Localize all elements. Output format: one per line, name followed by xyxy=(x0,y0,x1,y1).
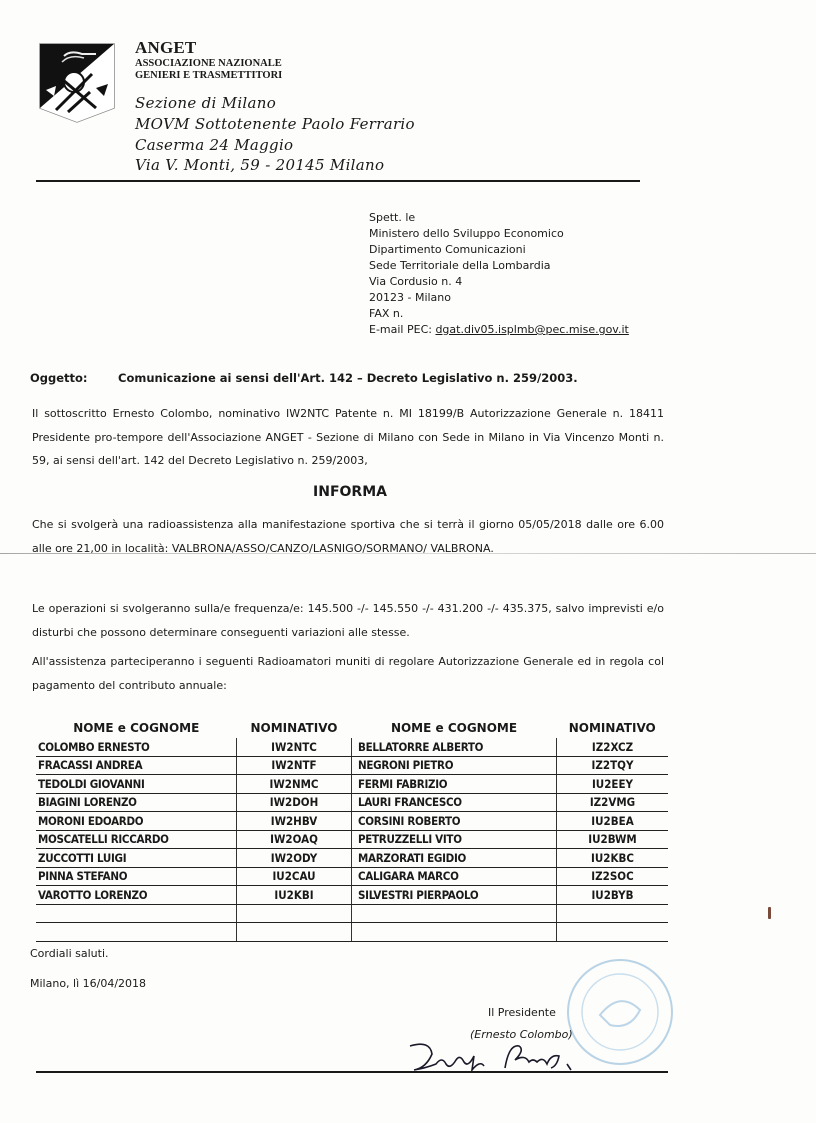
table-row: TEDOLDI GIOVANNIIW2NMCFERMI FABRIZIOIU2E… xyxy=(36,775,668,794)
operator-callsign: IZ2VMG xyxy=(557,793,669,812)
table-row: COLOMBO ERNESTOIW2NTCBELLATORRE ALBERTOI… xyxy=(36,738,668,756)
recipient-pec: E-mail PEC: dgat.div05.isplmb@pec.mise.g… xyxy=(369,322,629,338)
operator-name: MORONI EDOARDO xyxy=(36,812,237,831)
operators-table: NOME e COGNOME NOMINATIVO NOME e COGNOME… xyxy=(36,718,668,942)
operator-callsign: IW2OAQ xyxy=(237,830,352,849)
participants-intro-paragraph: All'assistenza parteciperanno i seguenti… xyxy=(32,650,664,697)
operator-callsign: IW2ODY xyxy=(237,849,352,868)
operator-name xyxy=(36,923,237,942)
col-header-name: NOME e COGNOME xyxy=(36,718,237,738)
table-row: ZUCCOTTI LUIGIIW2ODYMARZORATI EGIDIOIU2K… xyxy=(36,849,668,868)
recipient-line: Spett. le xyxy=(369,210,629,226)
operator-name: BELLATORRE ALBERTO xyxy=(352,738,557,756)
operator-name xyxy=(352,923,557,942)
table-row xyxy=(36,904,668,923)
table-row: FRACASSI ANDREAIW2NTFNEGRONI PIETROIZ2TQ… xyxy=(36,756,668,775)
operator-callsign: IU2KBC xyxy=(557,849,669,868)
operator-name xyxy=(352,904,557,923)
operator-name: TEDOLDI GIOVANNI xyxy=(36,775,237,794)
operator-callsign: IZ2SOC xyxy=(557,867,669,886)
col-header-callsign: NOMINATIVO xyxy=(557,718,669,738)
recipient-line: 20123 - Milano xyxy=(369,290,629,306)
subject-label: Oggetto: xyxy=(30,371,118,385)
operator-callsign xyxy=(557,923,669,942)
closing-greeting: Cordiali saluti. xyxy=(30,947,109,960)
org-subtitle: ASSOCIAZIONE NAZIONALE xyxy=(135,58,282,69)
section-name: Sezione di Milano xyxy=(135,94,276,112)
operator-name: CALIGARA MARCO xyxy=(352,867,557,886)
operator-callsign: IW2NMC xyxy=(237,775,352,794)
section-barracks: Caserma 24 Maggio xyxy=(135,136,293,154)
col-header-name: NOME e COGNOME xyxy=(352,718,557,738)
org-subtitle: GENIERI E TRASMETTITORI xyxy=(135,70,282,81)
pec-email-link[interactable]: dgat.div05.isplmb@pec.mise.gov.it xyxy=(435,323,628,336)
operator-name: NEGRONI PIETRO xyxy=(352,756,557,775)
pec-label: E-mail PEC: xyxy=(369,323,435,336)
recipient-line: Dipartimento Comunicazioni xyxy=(369,242,629,258)
operator-callsign xyxy=(237,904,352,923)
header-divider xyxy=(36,180,640,182)
operator-callsign: IW2DOH xyxy=(237,793,352,812)
operator-name: CORSINI ROBERTO xyxy=(352,812,557,831)
operator-callsign: IU2CAU xyxy=(237,867,352,886)
operator-name xyxy=(36,904,237,923)
table-row xyxy=(36,923,668,942)
recipient-line: Sede Territoriale della Lombardia xyxy=(369,258,629,274)
operator-name: VAROTTO LORENZO xyxy=(36,886,237,905)
paper-blemish xyxy=(768,907,771,919)
operator-callsign: IU2BEA xyxy=(557,812,669,831)
operator-callsign: IZ2XCZ xyxy=(557,738,669,756)
operator-name: LAURI FRANCESCO xyxy=(352,793,557,812)
operator-name: ZUCCOTTI LUIGI xyxy=(36,849,237,868)
operator-name: PETRUZZELLI VITO xyxy=(352,830,557,849)
org-name: ANGET xyxy=(135,38,196,58)
operator-name: SILVESTRI PIERPAOLO xyxy=(352,886,557,905)
operator-name: FERMI FABRIZIO xyxy=(352,775,557,794)
operator-callsign: IW2HBV xyxy=(237,812,352,831)
operator-callsign xyxy=(557,904,669,923)
operator-callsign: IU2BWM xyxy=(557,830,669,849)
recipient-line: Via Cordusio n. 4 xyxy=(369,274,629,290)
subject-text: Comunicazione ai sensi dell'Art. 142 – D… xyxy=(118,371,578,385)
operator-callsign: IU2EEY xyxy=(557,775,669,794)
operator-name: COLOMBO ERNESTO xyxy=(36,738,237,756)
col-header-callsign: NOMINATIVO xyxy=(237,718,352,738)
place-date: Milano, lì 16/04/2018 xyxy=(30,977,146,990)
operator-name: MOSCATELLI RICCARDO xyxy=(36,830,237,849)
section-address: Via V. Monti, 59 - 20145 Milano xyxy=(135,156,384,174)
table-header-row: NOME e COGNOME NOMINATIVO NOME e COGNOME… xyxy=(36,718,668,738)
signatory-role: Il Presidente xyxy=(488,1006,556,1019)
coat-of-arms-icon xyxy=(38,42,116,124)
frequencies-paragraph: Le operazioni si svolgeranno sulla/e fre… xyxy=(32,597,664,644)
operator-callsign xyxy=(237,923,352,942)
table-row: BIAGINI LORENZOIW2DOHLAURI FRANCESCOIZ2V… xyxy=(36,793,668,812)
table-row: PINNA STEFANOIU2CAUCALIGARA MARCOIZ2SOC xyxy=(36,867,668,886)
table-row: MOSCATELLI RICCARDOIW2OAQPETRUZZELLI VIT… xyxy=(36,830,668,849)
operator-name: FRACASSI ANDREA xyxy=(36,756,237,775)
section-dedication: MOVM Sottotenente Paolo Ferrario xyxy=(135,115,415,133)
recipient-line: Ministero dello Sviluppo Economico xyxy=(369,226,629,242)
intro-paragraph: Il sottoscritto Ernesto Colombo, nominat… xyxy=(32,402,664,473)
operator-name: BIAGINI LORENZO xyxy=(36,793,237,812)
operator-callsign: IU2BYB xyxy=(557,886,669,905)
operator-callsign: IW2NTF xyxy=(237,756,352,775)
paper-fold-line xyxy=(0,553,816,554)
subject-line: Oggetto:Comunicazione ai sensi dell'Art.… xyxy=(30,371,578,385)
recipient-block: Spett. le Ministero dello Sviluppo Econo… xyxy=(369,210,629,338)
operator-callsign: IZ2TQY xyxy=(557,756,669,775)
recipient-line: FAX n. xyxy=(369,306,629,322)
operator-name: PINNA STEFANO xyxy=(36,867,237,886)
operator-callsign: IW2NTC xyxy=(237,738,352,756)
table-row: MORONI EDOARDOIW2HBVCORSINI ROBERTOIU2BE… xyxy=(36,812,668,831)
informa-heading: INFORMA xyxy=(0,484,700,500)
footer-divider xyxy=(36,1071,668,1073)
operator-name: MARZORATI EGIDIO xyxy=(352,849,557,868)
table-row: VAROTTO LORENZOIU2KBISILVESTRI PIERPAOLO… xyxy=(36,886,668,905)
operator-callsign: IU2KBI xyxy=(237,886,352,905)
